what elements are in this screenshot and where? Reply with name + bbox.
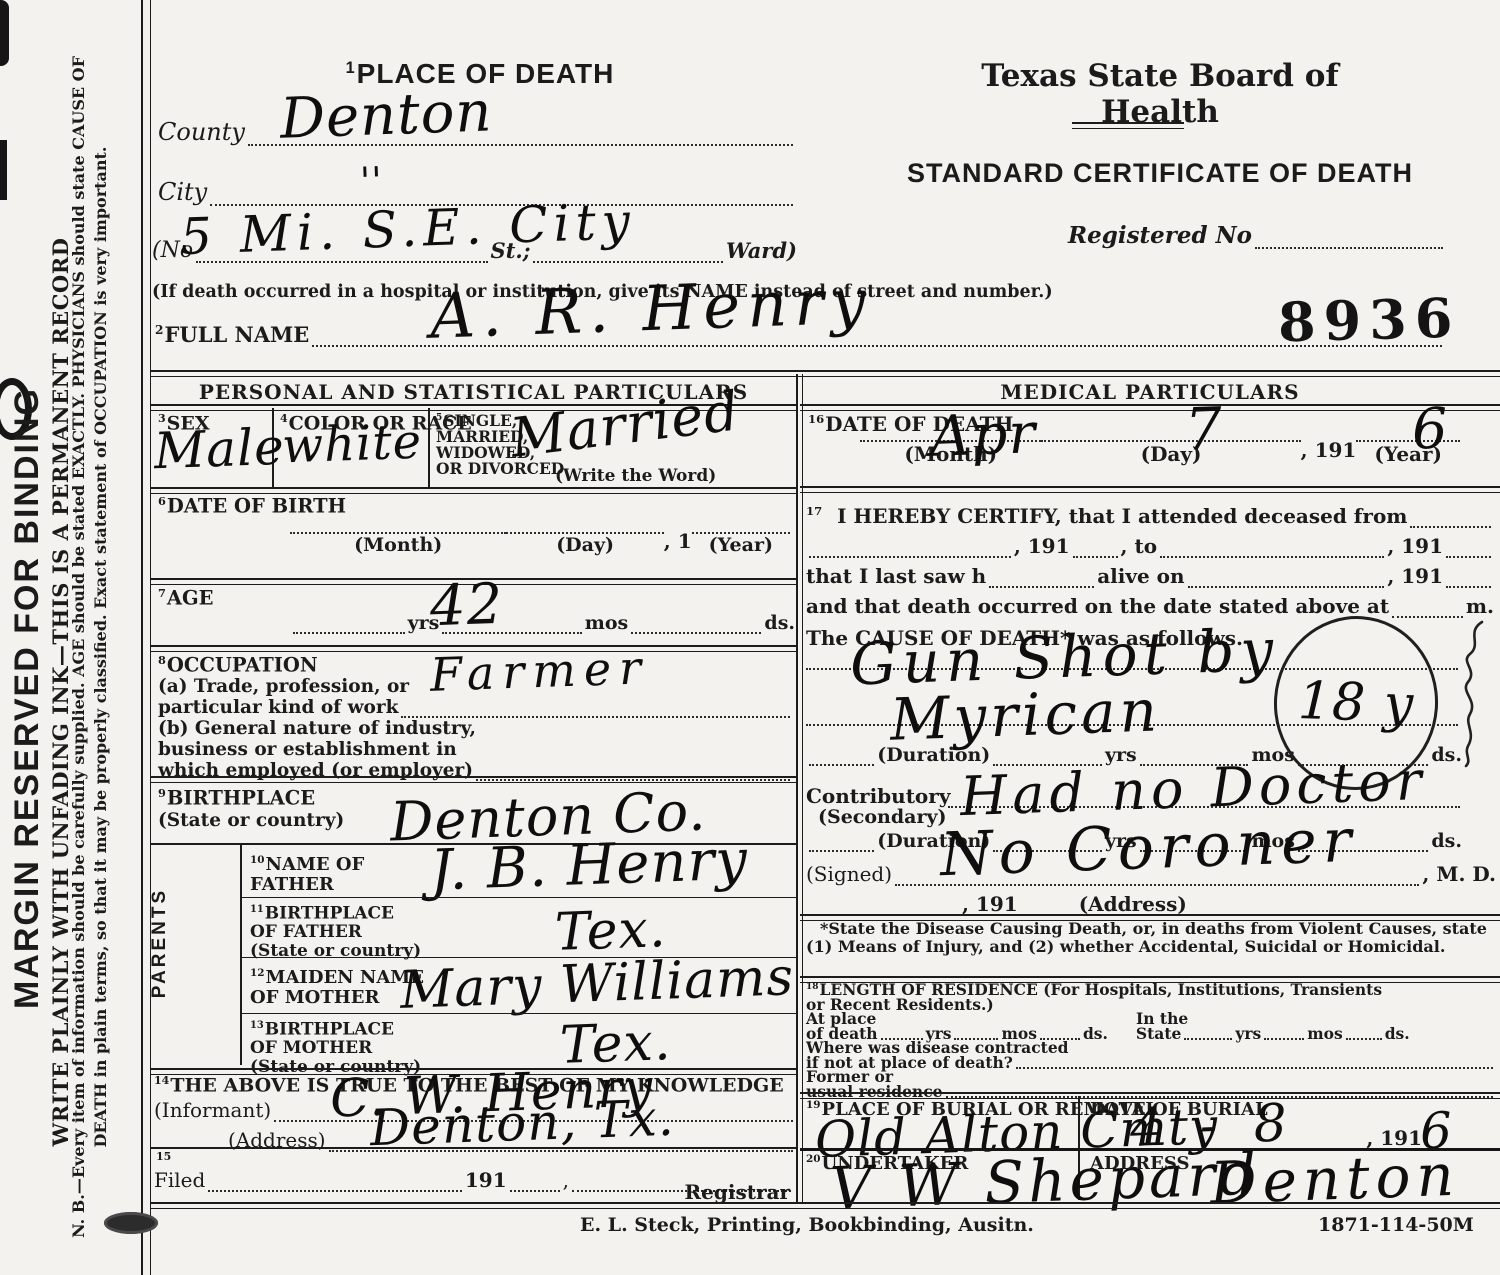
certificate-title: STANDARD CERTIFICATE OF DEATH xyxy=(880,158,1440,189)
signed-date-address-line: , 191 (Address) xyxy=(806,892,1494,916)
full-name-label: 2FULL NAME xyxy=(155,322,309,347)
filed-label: Filed xyxy=(154,1168,205,1192)
margin-scribble xyxy=(1452,618,1490,768)
board-title: Texas State Board of Health xyxy=(930,58,1390,130)
printer-union-ornament xyxy=(104,1212,158,1234)
parents-vertical-label: PARENTS xyxy=(149,843,175,1043)
handwritten-death-month: Apr xyxy=(929,406,1037,466)
handwritten-street: 5 Mi. S.E. City xyxy=(179,196,636,262)
rule xyxy=(150,1147,797,1149)
age-line: yrs mos ds. xyxy=(290,612,795,634)
medical-title-rule xyxy=(800,404,1500,411)
rule xyxy=(800,486,1500,493)
handwritten-mother-name: Mary Williams xyxy=(399,951,795,1017)
rule xyxy=(150,487,797,494)
city-label: City xyxy=(158,178,207,206)
marital-hint: (Write the Word) xyxy=(555,466,716,486)
county-label: County xyxy=(158,118,245,146)
registrar-label: Registrar xyxy=(600,1180,790,1204)
board-title-rule xyxy=(1072,122,1184,129)
birthplace-label: 9BIRTHPLACE (State or country) xyxy=(158,782,344,832)
parents-cell-divider xyxy=(240,845,242,1065)
age-ds-label: ds. xyxy=(764,612,795,634)
registered-no-line: Registered No xyxy=(1068,222,1446,249)
handwritten-father-name: J. B. Henry xyxy=(429,832,749,899)
signed-label: (Signed) xyxy=(806,862,892,886)
rule xyxy=(240,1013,797,1014)
handwritten-full-name: A. R. Henry xyxy=(429,270,874,347)
informant-label: (Informant) xyxy=(154,1098,271,1122)
violent-causes-footnote: *State the Disease Causing Death, or, in… xyxy=(806,920,1494,955)
residence-block: 18LENGTH OF RESIDENCE (For Hospitals, In… xyxy=(806,982,1496,1098)
age-mos-label: mos xyxy=(585,612,628,634)
margin-nb-note: N. B.—Every item of information should b… xyxy=(68,27,138,1267)
dob-label: 6DATE OF BIRTH xyxy=(158,494,346,518)
street-blank2 xyxy=(533,257,722,263)
handwritten-county: Denton xyxy=(279,84,493,147)
handwritten-age: 42 xyxy=(429,577,504,636)
dod-year-prefix: , 191 xyxy=(1301,438,1357,462)
handwritten-signed: No Coroner xyxy=(939,811,1358,886)
md-label: , M. D. xyxy=(1422,862,1496,886)
margin-binding-text: MARGIN RESERVED FOR BINDING xyxy=(8,318,52,1078)
address-caption: (Address) xyxy=(1079,892,1187,916)
header-bottom-rule xyxy=(150,370,1500,377)
dob-year-block: (Year) xyxy=(692,526,790,556)
handwritten-death-day: 7 xyxy=(1184,399,1224,458)
dob-month-block: (Month) xyxy=(290,526,506,556)
filed-year-prefix: 191 xyxy=(465,1168,507,1192)
handwritten-city-ditto: '' xyxy=(359,162,383,201)
death-certificate-scan: MARGIN RESERVED FOR BINDING WRITE PLAINL… xyxy=(0,0,1500,1275)
handwritten-occupation: Farmer xyxy=(429,644,650,698)
contributory-label: Contributory (Secondary) xyxy=(806,786,950,828)
form-left-border xyxy=(150,0,151,1275)
undertaker-address-label: ADDRESS xyxy=(1090,1153,1189,1174)
father-birthplace-label: 11BIRTHPLACE OF FATHER (State or country… xyxy=(250,901,421,960)
handwritten-cause-2: Myrican xyxy=(889,681,1162,748)
form-left-border xyxy=(141,0,143,1275)
filed-section-number: 15 xyxy=(156,1150,171,1163)
dob-day-block: (Day) xyxy=(506,526,663,556)
dob-year-prefix: , 1 xyxy=(664,529,692,553)
scan-mark xyxy=(0,0,9,66)
form-bottom-rule xyxy=(150,1202,1500,1209)
scan-mark xyxy=(0,140,7,200)
handwritten-cause-circled: 18 y xyxy=(1297,675,1415,731)
filed-comma: , xyxy=(563,1168,569,1192)
dod-day-block: (Day) xyxy=(1041,434,1300,466)
handwritten-death-year: 6 xyxy=(1411,401,1450,458)
street-ward-label: Ward) xyxy=(726,238,797,263)
registered-no-label: Registered No xyxy=(1068,222,1252,249)
form-stock-number: 1871-114-50M xyxy=(1318,1214,1474,1236)
rule xyxy=(240,897,797,898)
handwritten-sex: Male xyxy=(153,422,285,477)
column-divider xyxy=(796,374,803,1202)
father-name-label: 10NAME OF FATHER xyxy=(250,850,364,895)
registered-no-blank xyxy=(1255,243,1443,249)
age-label: 7AGE xyxy=(158,586,214,610)
medical-section-title: MEDICAL PARTICULARS xyxy=(800,380,1500,404)
handwritten-father-birthplace: Tex. xyxy=(554,903,667,959)
dob-blank-line: (Month) (Day) , 1 (Year) xyxy=(290,526,790,556)
handwritten-race: white xyxy=(281,418,423,471)
printer-credit: E. L. Steck, Printing, Bookbinding, Ausi… xyxy=(580,1214,1034,1236)
mother-name-label: 12MAIDEN NAME OF MOTHER xyxy=(250,963,424,1008)
handwritten-informant-address: Denton, Tx. xyxy=(369,1093,675,1154)
